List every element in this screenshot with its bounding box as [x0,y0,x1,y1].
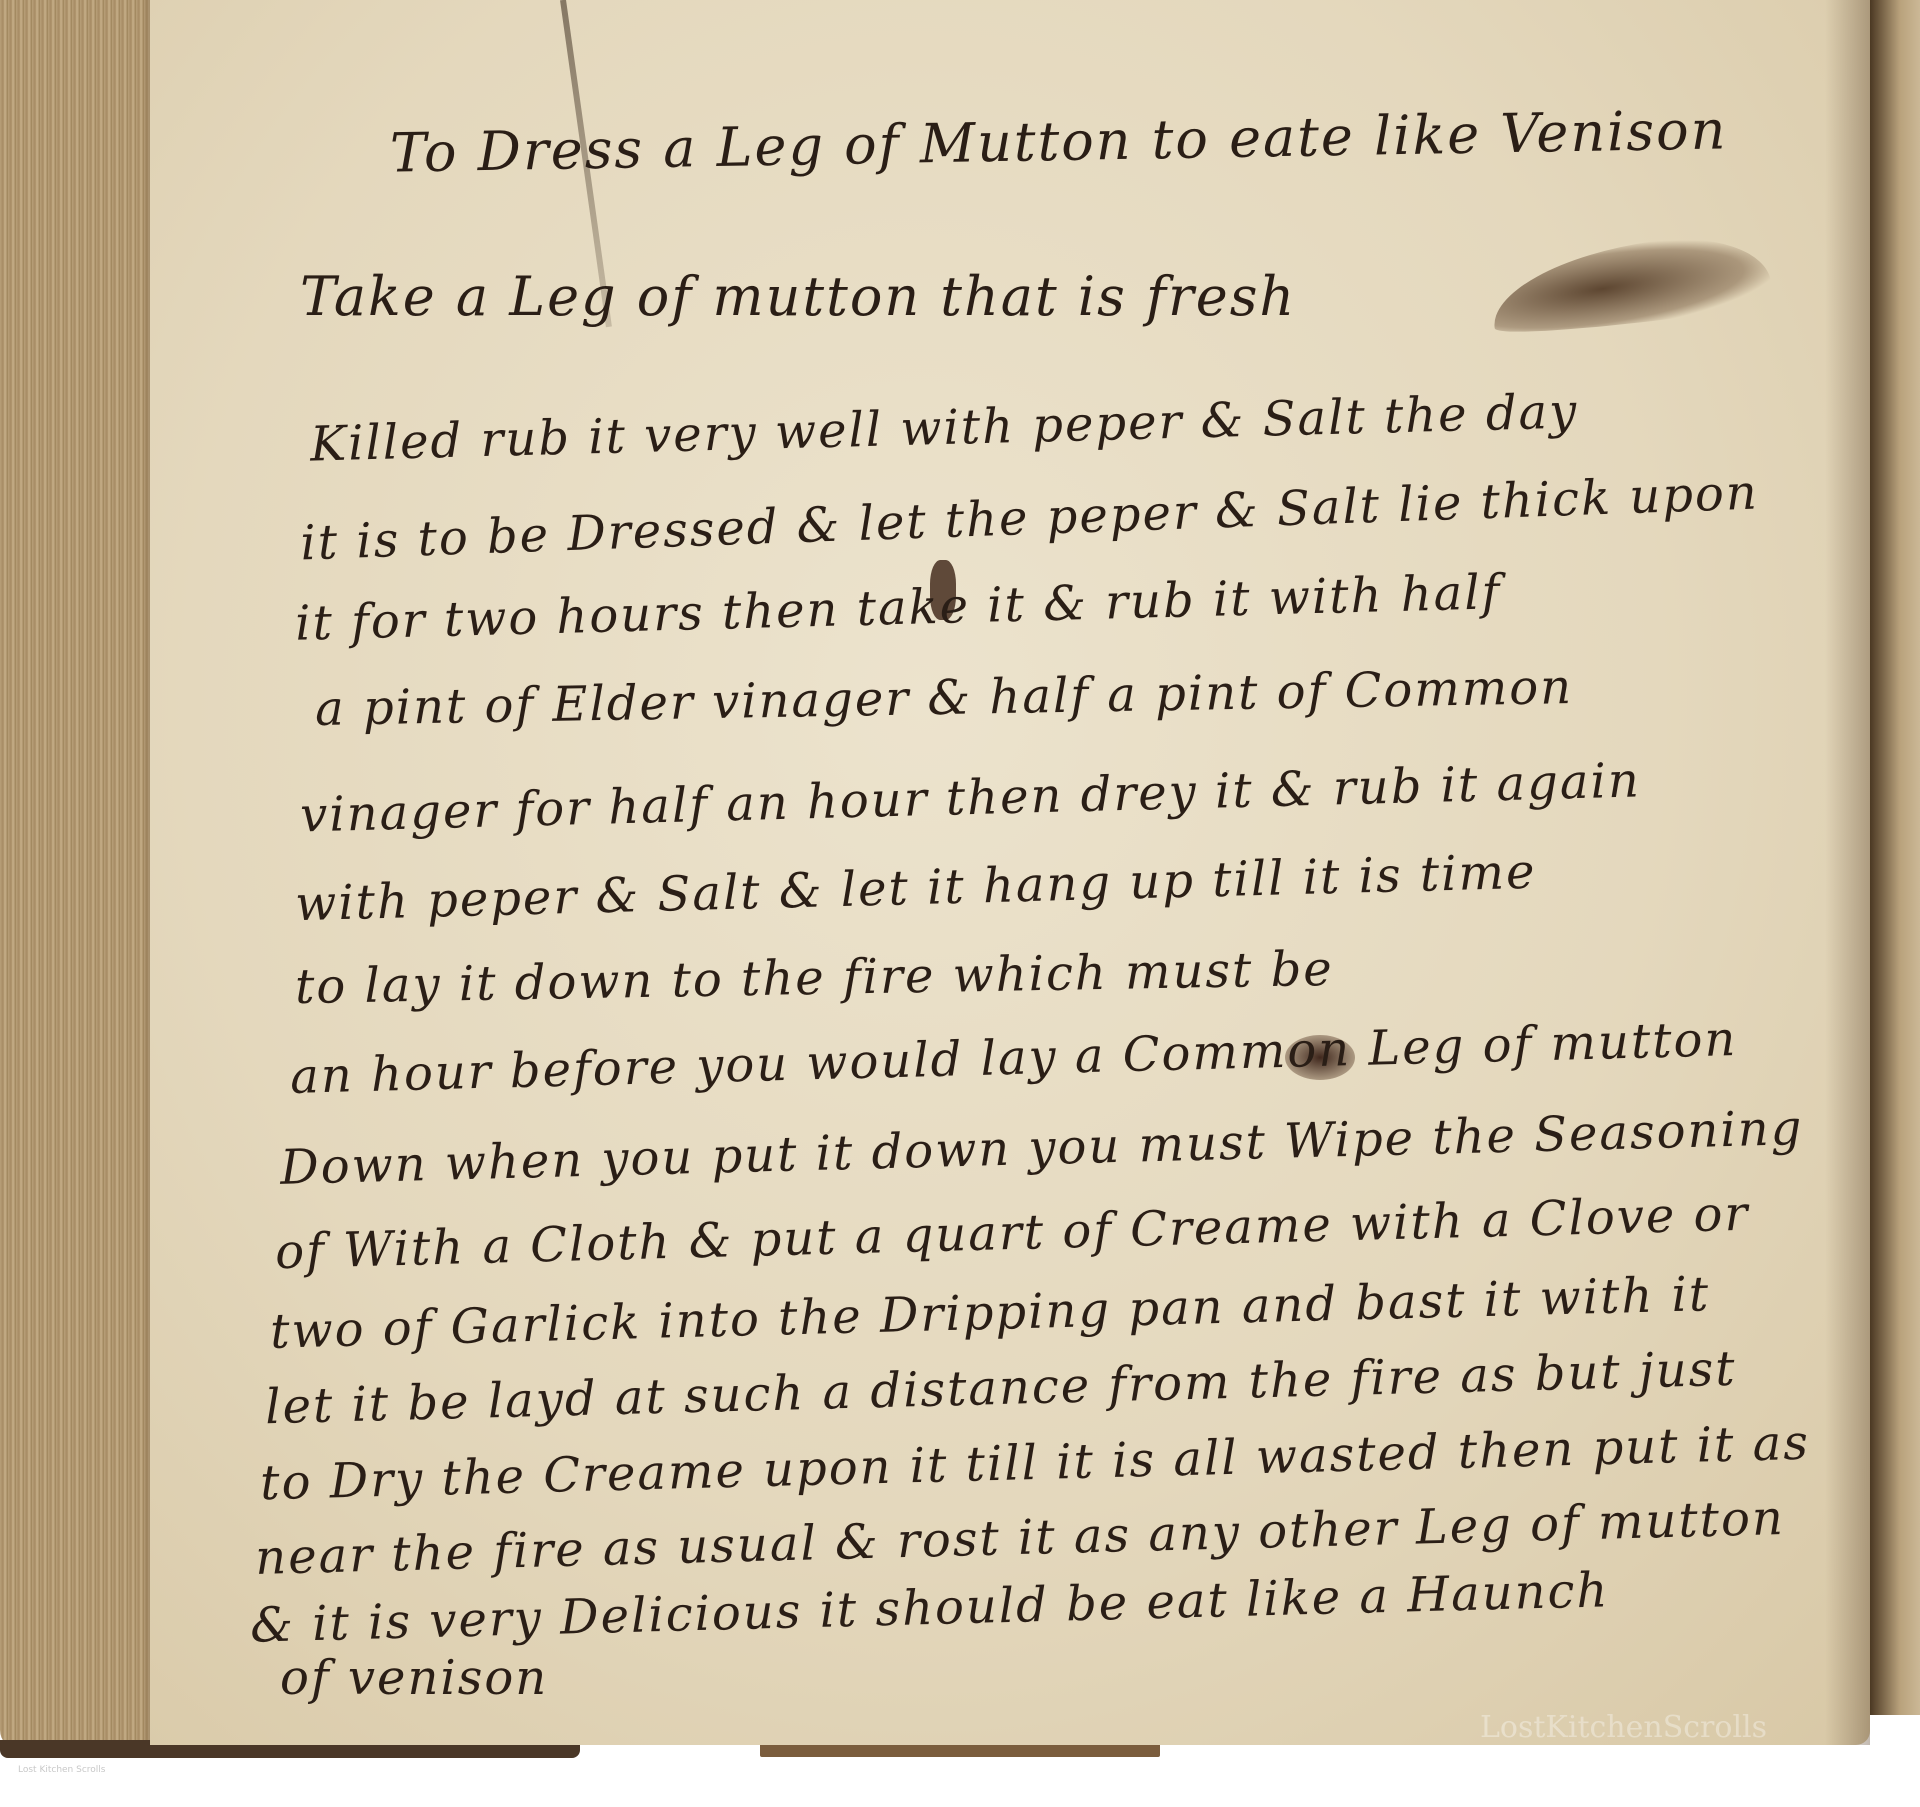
recipe-line: Take a Leg of mutton that is fresh [300,265,1296,328]
watermark-logo: Lost Kitchen Scrolls [18,1765,106,1775]
watermark-text: LostKitchenScrolls [1480,1710,1767,1745]
page-edges [0,0,155,1750]
gutter-shadow [1825,0,1870,1745]
open-book: To Dress a Leg of Mutton to eate like Ve… [0,0,1920,1760]
recipe-line: of venison [280,1650,548,1706]
facing-page-edge [1870,0,1920,1715]
